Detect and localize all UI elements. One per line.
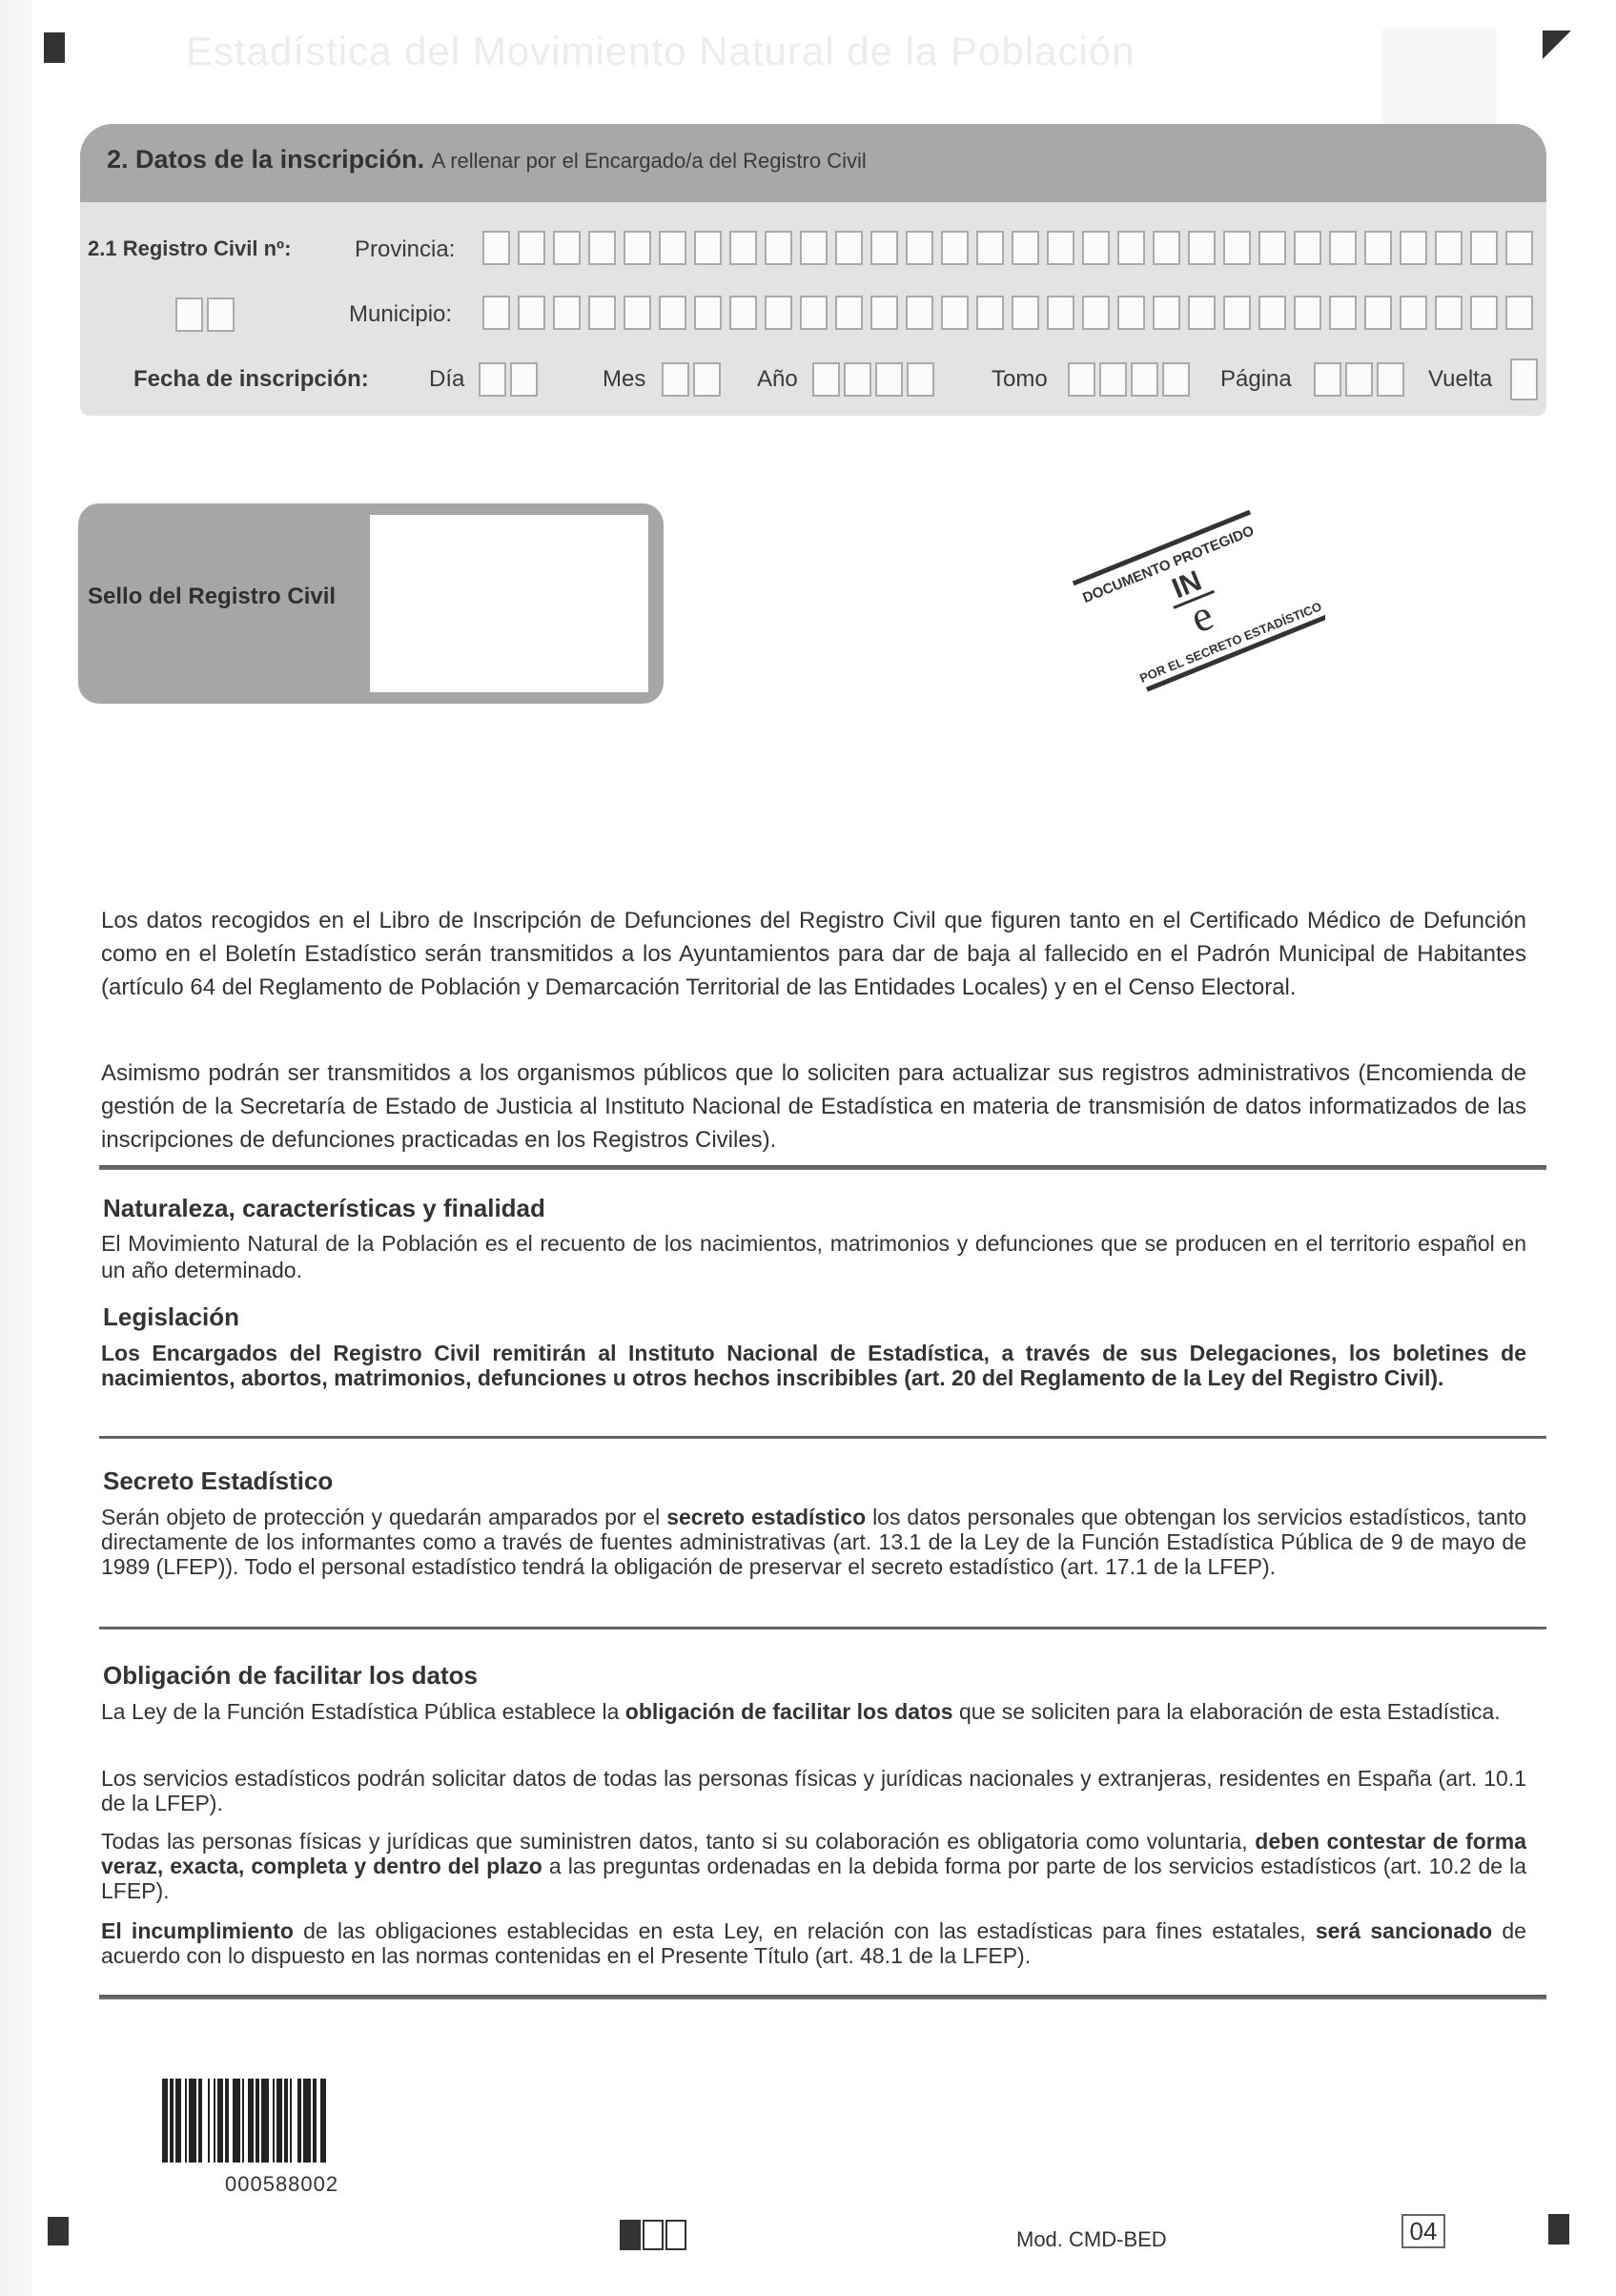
- char-box[interactable]: [765, 231, 792, 265]
- char-box[interactable]: [729, 296, 757, 330]
- char-box[interactable]: [1329, 231, 1357, 265]
- page-indicator-empty: [665, 2220, 686, 2250]
- registration-triangle-top-right: [1543, 31, 1571, 59]
- char-box[interactable]: [694, 296, 722, 330]
- registro-code-field[interactable]: [175, 297, 235, 332]
- char-box[interactable]: [659, 231, 686, 265]
- registro-civil-label: 2.1 Registro Civil nº:: [88, 236, 291, 261]
- char-box[interactable]: [976, 231, 1004, 265]
- obligacion-p4: El incumplimiento de las obligaciones es…: [101, 1918, 1526, 1968]
- char-box[interactable]: [1162, 362, 1190, 397]
- char-box[interactable]: [624, 231, 651, 265]
- registration-mark-bottom-right: [1548, 2214, 1569, 2245]
- char-box[interactable]: [624, 296, 651, 330]
- stamp-top-text: DOCUMENTO PROTEGIDO: [1080, 523, 1257, 606]
- char-box[interactable]: [906, 231, 933, 265]
- char-box[interactable]: [1153, 231, 1180, 265]
- divider: [99, 1165, 1546, 1170]
- provincia-field[interactable]: [482, 231, 1533, 265]
- obligacion-p2: Los servicios estadísticos podrán solici…: [101, 1766, 1526, 1815]
- char-box[interactable]: [1082, 231, 1110, 265]
- sello-panel: Sello del Registro Civil: [78, 503, 664, 704]
- divider: [99, 1995, 1546, 1999]
- char-box[interactable]: [835, 231, 863, 265]
- char-box[interactable]: [1314, 362, 1341, 397]
- char-box[interactable]: [1364, 231, 1392, 265]
- registration-mark-top-left: [44, 32, 65, 63]
- page-indicator-filled: [620, 2220, 641, 2250]
- mes-field[interactable]: [662, 362, 721, 397]
- char-box[interactable]: [175, 297, 203, 332]
- char-box[interactable]: [1223, 231, 1251, 265]
- char-box[interactable]: [941, 296, 969, 330]
- char-box[interactable]: [800, 296, 828, 330]
- char-box[interactable]: [510, 362, 538, 397]
- char-box[interactable]: [1258, 231, 1286, 265]
- char-box[interactable]: [1470, 296, 1498, 330]
- dia-label: Día: [429, 366, 464, 393]
- char-box[interactable]: [844, 362, 871, 397]
- section-2-panel: 2. Datos de la inscripción. A rellenar p…: [80, 124, 1546, 416]
- char-box[interactable]: [1505, 296, 1533, 330]
- mes-label: Mes: [603, 366, 645, 393]
- char-box[interactable]: [1223, 296, 1251, 330]
- char-box[interactable]: [662, 362, 689, 397]
- vuelta-field[interactable]: [1510, 359, 1538, 400]
- char-box[interactable]: [800, 231, 828, 265]
- sello-stamp-area: [370, 515, 648, 692]
- section-title-text: 2. Datos de la inscripción.: [107, 145, 424, 174]
- naturaleza-heading: Naturaleza, características y finalidad: [103, 1194, 545, 1223]
- char-box[interactable]: [1099, 362, 1127, 397]
- char-box[interactable]: [765, 296, 792, 330]
- char-box[interactable]: [870, 231, 898, 265]
- vuelta-label: Vuelta: [1428, 366, 1492, 393]
- char-box[interactable]: [729, 231, 757, 265]
- municipio-field[interactable]: [482, 296, 1533, 330]
- char-box[interactable]: [1012, 296, 1039, 330]
- char-box[interactable]: [1047, 296, 1074, 330]
- char-box[interactable]: [1400, 296, 1427, 330]
- tomo-field[interactable]: [1068, 362, 1190, 397]
- legislacion-heading: Legislación: [103, 1302, 239, 1332]
- stamp-bottom-text: POR EL SECRETO ESTADÍSTICO: [1137, 599, 1323, 685]
- obligacion-heading: Obligación de facilitar los datos: [103, 1661, 478, 1691]
- char-box[interactable]: [553, 296, 581, 330]
- char-box[interactable]: [1505, 231, 1533, 265]
- provincia-label: Provincia:: [355, 236, 455, 263]
- char-box[interactable]: [875, 362, 903, 397]
- ghost-logo: [1382, 29, 1497, 124]
- char-box[interactable]: [1047, 231, 1074, 265]
- char-box[interactable]: [518, 296, 545, 330]
- char-box[interactable]: [976, 296, 1004, 330]
- char-box[interactable]: [1435, 231, 1463, 265]
- anio-field[interactable]: [812, 362, 934, 397]
- char-box[interactable]: [482, 296, 510, 330]
- char-box[interactable]: [1470, 231, 1498, 265]
- char-box[interactable]: [1012, 231, 1039, 265]
- char-box[interactable]: [1364, 296, 1392, 330]
- char-box[interactable]: [694, 231, 722, 265]
- char-box[interactable]: [518, 231, 545, 265]
- ine-protected-stamp: DOCUMENTO PROTEGIDO IN e POR EL SECRETO …: [1068, 477, 1325, 715]
- char-box[interactable]: [1117, 231, 1145, 265]
- secreto-heading: Secreto Estadístico: [103, 1466, 333, 1496]
- char-box[interactable]: [1117, 296, 1145, 330]
- char-box[interactable]: [1294, 296, 1321, 330]
- legislacion-text: Los Encargados del Registro Civil remiti…: [101, 1341, 1526, 1390]
- char-box[interactable]: [1258, 296, 1286, 330]
- char-box[interactable]: [1188, 296, 1216, 330]
- char-box[interactable]: [907, 362, 934, 397]
- char-box[interactable]: [659, 296, 686, 330]
- char-box[interactable]: [588, 296, 616, 330]
- section-2-header: 2. Datos de la inscripción. A rellenar p…: [80, 124, 1546, 202]
- obligacion-p3: Todas las personas físicas y jurídicas q…: [101, 1829, 1526, 1903]
- char-box[interactable]: [1510, 359, 1538, 400]
- char-box[interactable]: [1294, 231, 1321, 265]
- section-2-title: 2. Datos de la inscripción. A rellenar p…: [107, 145, 867, 174]
- registration-mark-bottom-left: [48, 2217, 69, 2245]
- sello-label: Sello del Registro Civil: [88, 584, 336, 610]
- char-box[interactable]: [1068, 362, 1095, 397]
- char-box[interactable]: [906, 296, 933, 330]
- anio-label: Año: [757, 366, 798, 393]
- char-box[interactable]: [1188, 231, 1216, 265]
- obligacion-p1: La Ley de la Función Estadística Pública…: [101, 1699, 1526, 1724]
- ine-logo-e: e: [1183, 590, 1219, 643]
- char-box[interactable]: [1329, 296, 1357, 330]
- model-code: Mod. CMD-BED: [1016, 2227, 1167, 2252]
- char-box[interactable]: [1377, 362, 1404, 397]
- char-box[interactable]: [1131, 362, 1158, 397]
- ghost-header-text: Estadística del Movimiento Natural de la…: [186, 29, 1135, 74]
- char-box[interactable]: [207, 297, 235, 332]
- char-box[interactable]: [479, 362, 506, 397]
- dia-field[interactable]: [479, 362, 538, 397]
- char-box[interactable]: [1400, 231, 1427, 265]
- intro-paragraph-2: Asimismo podrán ser transmitidos a los o…: [101, 1056, 1526, 1157]
- char-box[interactable]: [1345, 362, 1373, 397]
- char-box[interactable]: [588, 231, 616, 265]
- char-box[interactable]: [693, 362, 721, 397]
- page-indicator: [620, 2220, 715, 2250]
- section-subtitle: A rellenar por el Encargado/a del Regist…: [432, 149, 867, 173]
- divider: [99, 1436, 1546, 1439]
- char-box[interactable]: [812, 362, 840, 397]
- char-box[interactable]: [1153, 296, 1180, 330]
- char-box[interactable]: [553, 231, 581, 265]
- char-box[interactable]: [941, 231, 969, 265]
- intro-paragraph-1: Los datos recogidos en el Libro de Inscr…: [101, 904, 1526, 1004]
- secreto-text: Serán objeto de protección y quedarán am…: [101, 1505, 1526, 1579]
- char-box[interactable]: [1082, 296, 1110, 330]
- pagina-field[interactable]: [1314, 362, 1404, 397]
- naturaleza-text: El Movimiento Natural de la Población es…: [101, 1230, 1526, 1283]
- page-number: 04: [1401, 2214, 1445, 2248]
- page-indicator-empty: [643, 2220, 664, 2250]
- municipio-label: Municipio:: [349, 301, 452, 328]
- char-box[interactable]: [482, 231, 510, 265]
- tomo-label: Tomo: [992, 366, 1048, 393]
- pagina-label: Página: [1220, 366, 1292, 393]
- char-box[interactable]: [870, 296, 898, 330]
- fecha-inscripcion-label: Fecha de inscripción:: [133, 366, 369, 393]
- barcode: [162, 2079, 448, 2163]
- barcode-number: 000588002: [225, 2172, 338, 2197]
- char-box[interactable]: [1435, 296, 1463, 330]
- scan-edge: [0, 0, 32, 2296]
- char-box[interactable]: [835, 296, 863, 330]
- divider: [99, 1627, 1546, 1630]
